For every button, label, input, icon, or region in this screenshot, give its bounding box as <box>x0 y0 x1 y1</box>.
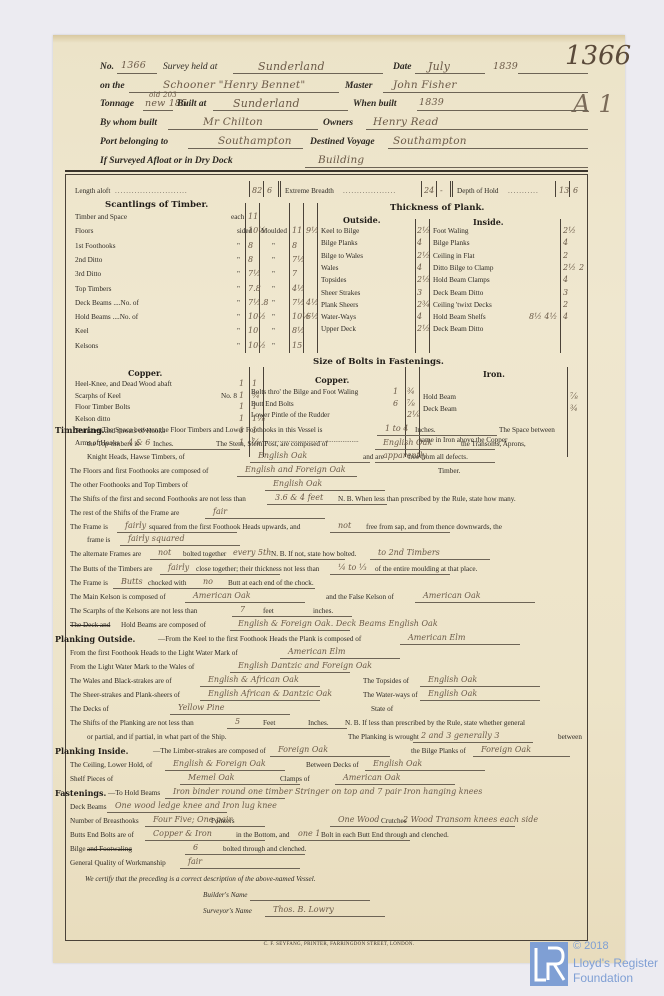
entry-underline <box>225 559 345 560</box>
handwritten-entry: Copper & Iron <box>153 829 212 838</box>
entry-underline <box>413 742 533 743</box>
form-label: Bilge <box>70 845 86 853</box>
form-label: Hold Beams are composed of <box>121 621 206 629</box>
form-label: between <box>558 733 582 741</box>
handwritten-entry: English Oak <box>383 438 432 447</box>
org-line2: Foundation <box>573 971 633 985</box>
form-label: Feet <box>263 719 275 727</box>
entry-underline <box>365 770 485 771</box>
form-label: in the Bottom, and <box>236 831 290 839</box>
certification-text: We certify that the preceding is a corre… <box>85 875 316 883</box>
handwritten-entry: English & Foreign Oak. Deck Beams Englis… <box>238 619 438 628</box>
form-label: Bolt in each Butt End through and clench… <box>321 831 449 839</box>
plank-outside-title: Outside. <box>343 215 381 225</box>
plank-inside-title: Inside. <box>473 217 504 227</box>
entry-underline <box>420 700 540 701</box>
entry-underline <box>250 900 370 901</box>
copper-value: 1 <box>252 379 257 388</box>
date-value: July <box>428 60 450 73</box>
entry-underline <box>335 784 455 785</box>
scantling-middle: 11 <box>292 226 302 235</box>
ditto-mark: " <box>272 270 275 278</box>
scantling-suffix: " <box>237 285 240 293</box>
copper-label: Scarphs of Keel <box>75 392 121 400</box>
scantling-middle: 8½ <box>292 326 305 335</box>
form-label: free from all defects. <box>408 453 468 461</box>
plank-inside-extra: 2 <box>579 263 584 272</box>
entry-underline <box>160 574 280 575</box>
form-label: the Bilge Planks of <box>411 747 466 755</box>
scantling-label: Keel <box>75 327 89 335</box>
form-label: of the entire moulding at that place. <box>375 565 477 573</box>
scantling-sided: 10 <box>248 326 258 335</box>
ditto-mark: " <box>272 342 275 350</box>
bolt-copper-value: ¾ <box>407 387 415 396</box>
form-label: —From the Keel to the first Foothook Hea… <box>158 635 361 643</box>
entry-underline <box>280 658 400 659</box>
length-inches: 6 <box>267 186 272 195</box>
scantling-suffix: " <box>237 313 240 321</box>
handwritten-entry: English Oak <box>428 675 477 684</box>
plank-inside-label: Hold Beam Shelfs <box>433 313 486 321</box>
scantling-middle: 15 <box>292 341 302 350</box>
handwritten-entry: Foreign Oak <box>481 745 531 754</box>
plank-outside-label: Upper Deck <box>321 325 356 333</box>
entry-underline <box>227 728 347 729</box>
handwritten-entry: 5 <box>235 717 240 726</box>
form-label: The Frame is <box>70 523 108 531</box>
form-label: The Wales and Black-strakes are of <box>70 677 172 685</box>
plank-outside-label: Topsides <box>321 276 346 284</box>
form-label: Shelf Pieces of <box>70 775 113 783</box>
entry-underline <box>120 545 240 546</box>
scantling-label: 2nd Ditto <box>75 256 102 264</box>
entry-underline <box>205 518 325 519</box>
form-label: inches. <box>313 607 333 615</box>
handwritten-entry: English Oak <box>428 689 477 698</box>
bolt-copper-value: 2⅛ <box>407 410 420 419</box>
handwritten-entry: English Oak <box>258 451 307 460</box>
scantling-label: Kelsons <box>75 342 98 350</box>
handwritten-entry: English Dantzic and Foreign Oak <box>238 661 372 670</box>
entry-underline <box>180 784 300 785</box>
handwritten-entry: 6 <box>193 843 198 852</box>
entry-underline <box>290 840 410 841</box>
form-label: bolted together <box>183 550 226 558</box>
scantling-suffix: " <box>237 242 240 250</box>
scantling-sided: 8 <box>248 241 253 250</box>
owners-value: Henry Read <box>373 116 439 128</box>
ditto-mark: " <box>272 299 275 307</box>
plank-inside-value: 2½ <box>563 226 576 235</box>
no-value: 1366 <box>121 60 146 71</box>
plank-outside-label: Keel to Bilge <box>321 227 359 235</box>
scantling-middle: 8 <box>292 241 297 250</box>
scantling-ends: 4½ <box>306 298 319 307</box>
form-label: The Space between <box>499 426 555 434</box>
form-label: The Main Kelson is composed of <box>70 593 166 601</box>
when-built-value: 1839 <box>419 97 444 108</box>
handwritten-entry: American Oak <box>423 591 481 600</box>
entry-underline <box>200 686 320 687</box>
plank-inside-value: 3 <box>563 288 568 297</box>
scantling-sided: 7½.8 <box>248 298 268 307</box>
plank-inside-label: Hold Beam Clamps <box>433 276 490 284</box>
form-label: Knight Heads, Hawse Timbers, of <box>87 453 185 461</box>
handwritten-entry: every 5th <box>233 548 271 557</box>
ditto-mark: " <box>272 242 275 250</box>
handwritten-entry: fair <box>213 507 227 516</box>
form-label: Inches. <box>308 719 329 727</box>
bolt-iron-value: ⅞ <box>570 392 578 401</box>
no-label: No. <box>100 62 114 72</box>
scantling-suffix: " <box>237 299 240 307</box>
form-label: The Stem, Stern Post, are composed of <box>216 440 328 448</box>
scantling-suffix: " <box>237 342 240 350</box>
port-label: Port belonging to <box>100 137 168 147</box>
entry-underline <box>120 449 240 450</box>
form-label: The Scarphs of the Kelsons are not less … <box>70 607 197 615</box>
handwritten-entry: no <box>203 577 213 586</box>
form-label: squared from the first Foothook Heads up… <box>149 523 300 531</box>
section-title: Planking Outside. <box>55 634 135 644</box>
handwritten-entry: to 2nd Timbers <box>378 548 440 557</box>
breadth-label: Extreme Breadth <box>285 187 334 195</box>
form-label: The Planking is wrought <box>348 733 419 741</box>
voyage-value: Southampton <box>393 135 467 147</box>
ditto-mark: " <box>272 327 275 335</box>
certification-text: Surveyor's Name <box>203 907 252 915</box>
form-label: or partial, and if partial, in what part… <box>87 733 227 741</box>
depth-feet: 13 <box>559 186 569 195</box>
entry-underline <box>473 756 570 757</box>
copper-label: Floor Timber Bolts <box>75 403 130 411</box>
built-at-value: Sunderland <box>233 97 300 110</box>
bolts-title: Size of Bolts in Fastenings. <box>313 357 444 367</box>
form-label: Clamps of <box>280 775 310 783</box>
entry-underline <box>237 476 357 477</box>
form-label: From the Light Water Mark to the Wales o… <box>70 663 194 671</box>
form-label: free from sap, and from thence downwards… <box>366 523 502 531</box>
voyage-label: Destined Voyage <box>310 137 375 147</box>
handwritten-entry: 2 and 3 generally 3 <box>421 731 499 740</box>
bolt-iron-value: ¾ <box>570 404 578 413</box>
plank-inside-label: Bilge Planks <box>433 239 470 247</box>
entry-underline <box>375 449 495 450</box>
form-label: N. B. If less than prescribed by the Rul… <box>345 719 525 727</box>
entry-underline <box>117 532 237 533</box>
entry-underline <box>375 462 495 463</box>
form-label: Number of Breasthooks <box>70 817 139 825</box>
entry-underline <box>230 630 350 631</box>
breadth-inches: - <box>440 186 443 195</box>
form-label: feet <box>263 607 274 615</box>
plank-inside-value: 4 <box>563 275 568 284</box>
scantling-label: Deck Beams ....No. of <box>75 299 139 307</box>
form-label: close together; their thickness not less… <box>196 565 319 573</box>
form-label: —The Space between the Floor Timbers and… <box>95 426 322 434</box>
plank-outside-label: Bilge to Wales <box>321 252 363 260</box>
form-label: Inches. <box>153 440 174 448</box>
port-value: Southampton <box>218 135 292 147</box>
bolt-copper-label: Bolts thro' the Bilge and Foot Waling <box>251 388 358 396</box>
plank-inside-label: Ceiling 'twixt Decks <box>433 301 492 309</box>
copyright-text: © 2018 <box>573 940 609 952</box>
handwritten-entry: One Wood <box>338 815 379 824</box>
bolts-copper-title: Copper. <box>315 375 349 385</box>
scantling-middle: 7½ <box>292 298 305 307</box>
plank-inside-note: 8½ 4½ <box>529 312 557 321</box>
survey-held-value: Sunderland <box>258 60 325 73</box>
entry-underline <box>107 812 227 813</box>
handwritten-entry: one 1 <box>298 829 320 838</box>
length-label: Length aloft <box>75 187 110 195</box>
handwritten-entry: not <box>158 548 171 557</box>
copper-mark: 1 <box>239 402 244 411</box>
ditto-mark: " <box>272 285 275 293</box>
bolt-iron-label: Deck Beam <box>423 405 457 413</box>
plank-outside-label: Plank Sheers <box>321 301 358 309</box>
scantling-ends: 9½ <box>306 226 319 235</box>
plank-outside-value: 2½ <box>417 251 430 260</box>
copper-mark: 1 <box>239 391 244 400</box>
handwritten-entry: 7 <box>240 605 245 614</box>
form-label: Timber. <box>438 467 460 475</box>
form-label: From the first Foothook Heads to the Lig… <box>70 649 238 657</box>
scantling-label: Top Timbers <box>75 285 111 293</box>
entry-underline <box>420 686 540 687</box>
scantling-label: 3rd Ditto <box>75 270 101 278</box>
entry-underline <box>195 588 315 589</box>
scantling-suffix: " <box>237 270 240 278</box>
plank-outside-label: Sheer Strakes <box>321 289 360 297</box>
form-label: The Ceiling, Lower Hold, of <box>70 761 152 769</box>
scantling-sided: 10½ <box>248 341 266 350</box>
entry-underline <box>330 532 450 533</box>
depth-inches: 6 <box>573 186 578 195</box>
handwritten-entry: 1 to 4 <box>385 424 408 433</box>
scantling-ends: 6½ <box>306 312 319 321</box>
bolt-iron-label: Hold Beam <box>423 393 456 401</box>
form-label: The Decks of <box>70 705 109 713</box>
entry-underline <box>165 770 285 771</box>
scantling-suffix: " <box>237 327 240 335</box>
ditto-mark: " <box>272 256 275 264</box>
breadth-feet: 24 <box>424 186 434 195</box>
form-label: frame is <box>87 536 110 544</box>
handwritten-entry: American Oak <box>343 773 401 782</box>
copper-label: Kelson ditto <box>75 415 110 423</box>
entry-underline <box>265 490 385 491</box>
plank-inside-value: 4 <box>563 312 568 321</box>
entry-underline <box>400 644 520 645</box>
handwritten-entry: ¼ to ⅓ <box>338 563 367 572</box>
plank-outside-label: Water-Ways <box>321 313 356 321</box>
handwritten-entry: fairly <box>125 521 146 530</box>
form-label: The rest of the Shifts of the Frame are <box>70 509 179 517</box>
handwritten-entry: not <box>338 521 351 530</box>
tonnage-label: Tonnage <box>100 99 134 109</box>
scantlings-title: Scantlings of Timber. <box>105 200 208 210</box>
plank-inside-value: 2 <box>563 300 568 309</box>
master-label: Master <box>345 81 372 91</box>
struck-label: and Footwaling <box>87 845 132 853</box>
moulded-label: Moulded <box>261 227 287 235</box>
scantling-label: 1st Foothooks <box>75 242 116 250</box>
entry-underline <box>395 826 515 827</box>
entry-underline <box>267 504 387 505</box>
handwritten-entry: 2 Wood Transom knees each side <box>403 815 538 824</box>
plank-outside-label: Wales <box>321 264 338 272</box>
plank-inside-value: 2½ <box>563 263 576 272</box>
handwritten-entry: fair <box>188 857 202 866</box>
bolt-copper-label: Butt End Bolts <box>251 400 294 408</box>
entry-underline <box>180 868 300 869</box>
plank-outside-value: 2¾ <box>417 300 430 309</box>
entry-underline <box>185 602 305 603</box>
form-label: Inches. <box>415 426 436 434</box>
scantling-suffix: " <box>237 256 240 264</box>
plank-outside-label: Bilge Planks <box>321 239 358 247</box>
copper-label: Heel-Knee, and Dead Wood abaft <box>75 380 172 388</box>
entry-underline <box>270 756 390 757</box>
built-at-label: Built at <box>177 99 206 109</box>
scantling-sided: 7.8 <box>248 284 261 293</box>
plank-outside-value: 4 <box>417 263 422 272</box>
scantling-label: Timber and Space <box>75 213 127 221</box>
form-label: and are <box>363 453 384 461</box>
entry-underline <box>265 916 385 917</box>
depth-label: Depth of Hold <box>457 187 499 195</box>
entry-underline <box>377 435 497 436</box>
form-label: The alternate Frames are <box>70 550 141 558</box>
entry-underline <box>170 714 290 715</box>
form-label: Deck Beams <box>70 803 107 811</box>
handwritten-entry: English Oak <box>273 479 322 488</box>
vessel-name-value: Schooner "Henry Bennet" <box>163 79 305 91</box>
handwritten-entry: English & African Oak <box>208 675 299 684</box>
form-label: —The Limber-strakes are composed of <box>153 747 266 755</box>
form-label: bolted through and clenched. <box>223 845 306 853</box>
plank-title: Thickness of Plank. <box>390 203 484 213</box>
section-title: Planking Inside. <box>55 746 128 756</box>
plank-inside-label: Ceiling in Flat <box>433 252 475 260</box>
handwritten-entry: Butts <box>121 577 143 586</box>
handwritten-entry: American Oak <box>193 591 251 600</box>
certification-text: Builder's Name <box>203 891 247 899</box>
plank-outside-value: 3 <box>417 288 422 297</box>
scantling-suffix: each <box>231 213 244 221</box>
form-label: The Shifts of the first and second Footh… <box>70 495 246 503</box>
survey-document: 1366 A 1 No. 1366 Survey held at Sunderl… <box>53 35 625 963</box>
by-whom-value: Mr Chilton <box>203 116 263 128</box>
form-label: N. B. When less than prescribed by the R… <box>338 495 516 503</box>
ditto-mark: " <box>272 313 275 321</box>
handwritten-entry: fairly <box>168 563 189 572</box>
year-value: 1839 <box>493 61 518 72</box>
entry-underline <box>145 840 265 841</box>
plank-outside-value: 2½ <box>417 324 430 333</box>
form-label: —To Hold Beams <box>108 789 160 797</box>
form-label: Pointers <box>211 817 235 825</box>
handwritten-entry: Memel Oak <box>188 773 235 782</box>
bolt-copper-mark: 1 <box>393 387 398 396</box>
lr-logo-icon <box>530 942 568 986</box>
master-value: John Fisher <box>393 79 457 91</box>
handwritten-entry: Iron binder round one timber Stringer on… <box>173 787 482 796</box>
handwritten-entry: Foreign Oak <box>278 745 328 754</box>
copper-mark: 1 <box>239 379 244 388</box>
entry-underline <box>415 602 535 603</box>
when-built-label: When built <box>353 99 397 109</box>
margin-initials: A 1 <box>573 90 614 118</box>
bolts-iron-title: Iron. <box>483 369 505 379</box>
handwritten-entry: Yellow Pine <box>178 703 224 712</box>
date-label: Date <box>393 62 411 72</box>
form-label: Butt at each end of the chock. <box>228 579 314 587</box>
scantling-middle: 7½ <box>292 255 305 264</box>
plank-inside-label: Ditto Bilge to Clamp <box>433 264 494 272</box>
entry-underline <box>145 826 265 827</box>
length-feet: 82 <box>252 186 262 195</box>
entry-underline <box>165 798 285 799</box>
entry-underline <box>185 854 305 855</box>
form-label: State of <box>371 705 393 713</box>
scantling-sided: 7½ <box>248 269 261 278</box>
form-label: The Shifts of the Planking are not less … <box>70 719 194 727</box>
copper-suffix: No. 8 <box>221 392 237 400</box>
entry-underline <box>370 559 490 560</box>
form-label: The Water-ways of <box>363 691 418 699</box>
handwritten-entry: One wood ledge knee and Iron lug knee <box>115 801 277 810</box>
plank-outside-value: 2½ <box>417 275 430 284</box>
form-label: chocked with <box>148 579 187 587</box>
handwritten-entry: American Elm <box>408 633 465 642</box>
entry-underline <box>230 672 350 673</box>
scantling-label: Hold Beams ....No. of <box>75 313 138 321</box>
form-label: General Quality of Workmanship <box>70 859 166 867</box>
form-label: The Floors and first Foothooks are compo… <box>70 467 208 475</box>
form-label: The Sheer-strakes and Plank-sheers of <box>70 691 180 699</box>
entry-underline <box>330 574 450 575</box>
plank-outside-value: 2½ <box>417 226 430 235</box>
plank-outside-value: 4 <box>417 238 422 247</box>
handwritten-entry: 3.6 & 4 feet <box>275 493 323 502</box>
entry-underline <box>232 616 352 617</box>
form-label: The Butts of the Timbers are <box>70 565 152 573</box>
afloat-label: If Surveyed Afloat or in Dry Dock <box>100 156 233 166</box>
form-label: Butts End Bolts are of <box>70 831 134 839</box>
owners-label: Owners <box>323 118 353 128</box>
handwritten-entry: 4 & 6 <box>128 438 150 447</box>
form-label: the Transoms, Aprons, <box>461 440 526 448</box>
plank-inside-label: Deck Beam Ditto <box>433 289 483 297</box>
on-the-label: on the <box>100 81 125 91</box>
handwritten-entry: English Oak <box>373 759 422 768</box>
handwritten-entry: fairly squared <box>128 534 185 543</box>
scantling-middle: 4½ <box>292 284 305 293</box>
entry-underline <box>200 700 320 701</box>
scantling-sided: 11 <box>248 212 258 221</box>
handwritten-entry: Thos. B. Lowry <box>273 905 334 914</box>
form-label: and the False Kelson of <box>326 593 394 601</box>
margin-report-number: 1366 <box>565 41 631 71</box>
plank-inside-value: 4 <box>563 238 568 247</box>
plank-inside-label: Foot Waling <box>433 227 468 235</box>
afloat-value: Building <box>318 154 364 166</box>
bolt-copper-label: Lower Pintle of the Rudder <box>251 411 330 419</box>
handwritten-entry: English & Foreign Oak <box>173 759 266 768</box>
